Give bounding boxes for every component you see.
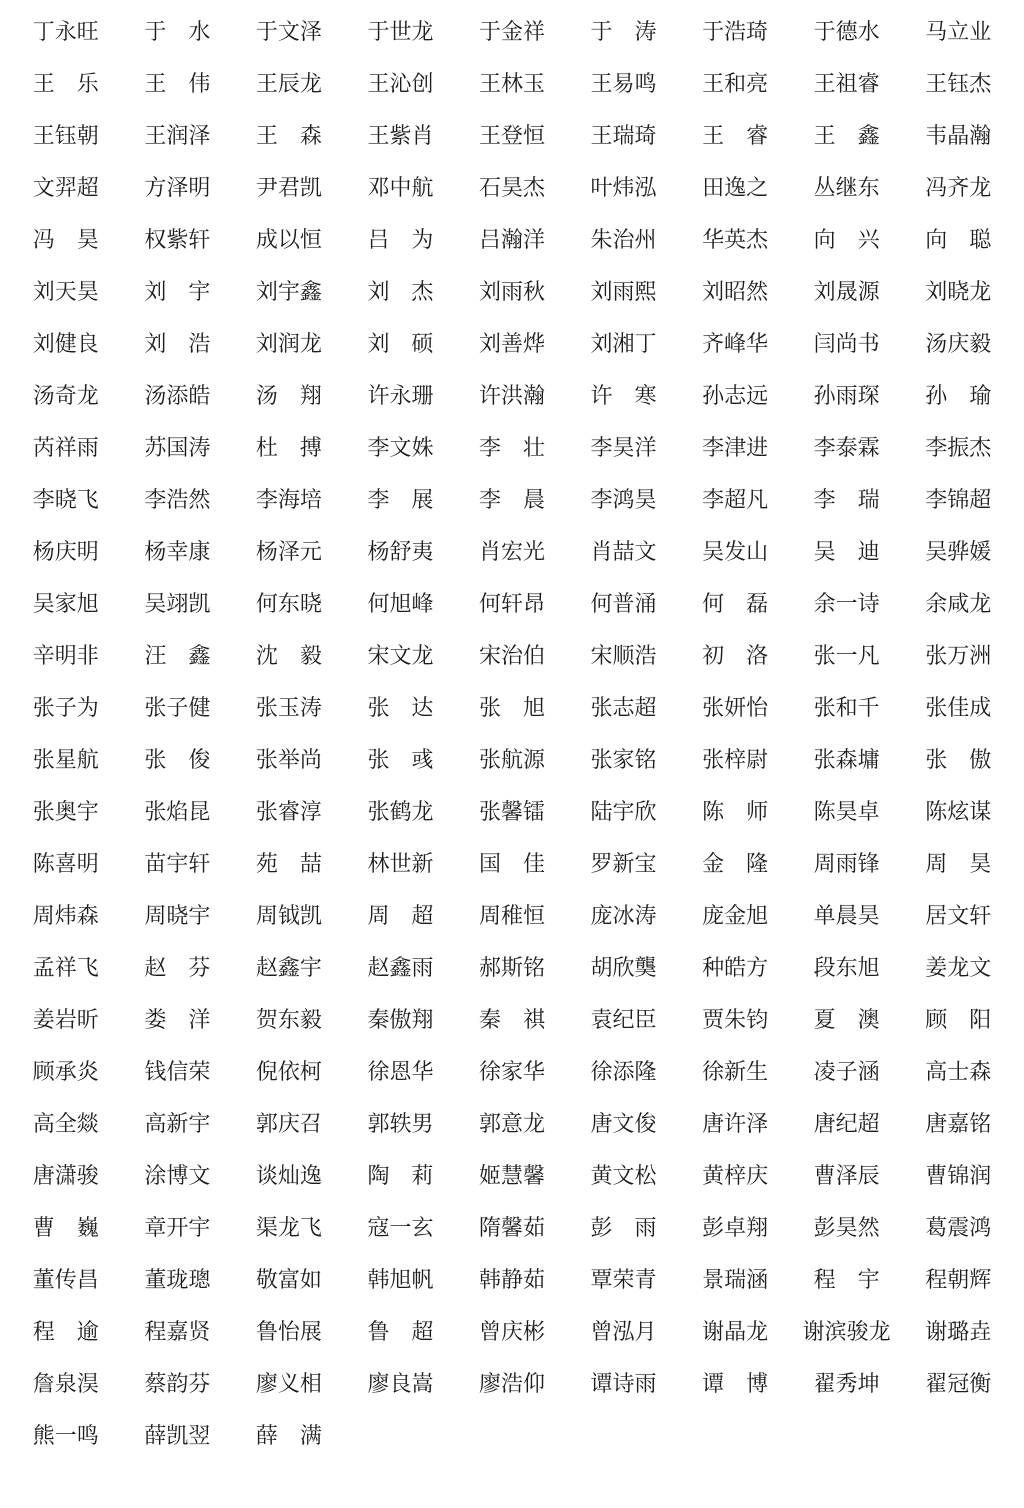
person-name: 秦傲翔 (367, 1009, 433, 1031)
name-cell: 王林玉 (456, 58, 568, 110)
name-cell: 谢滨骏龙 (791, 1306, 903, 1358)
name-cell: 杨庆明 (10, 526, 122, 578)
person-name: 薛凯翌 (144, 1425, 210, 1447)
name-cell: 胡欣龑 (568, 942, 680, 994)
person-name: 权紫轩 (144, 229, 210, 251)
person-name: 渠龙飞 (256, 1217, 322, 1239)
person-name: 赵鑫雨 (367, 957, 433, 979)
person-name: 刘善烨 (479, 333, 545, 355)
person-name: 蔡韵芬 (144, 1373, 210, 1395)
name-cell: 徐恩华 (345, 1046, 457, 1098)
name-cell: 林世新 (345, 838, 457, 890)
person-name: 徐恩华 (367, 1061, 433, 1083)
person-name: 程嘉贤 (144, 1321, 210, 1343)
name-cell: 熊一鸣 (10, 1410, 122, 1462)
name-cell: 于德水 (791, 6, 903, 58)
person-name: 丛继东 (814, 177, 880, 199)
person-name: 袁纪臣 (591, 1009, 657, 1031)
person-name: 胡欣龑 (591, 957, 657, 979)
person-name: 张玉涛 (256, 697, 322, 719)
person-name: 王紫肖 (367, 125, 433, 147)
person-name: 谢璐垚 (925, 1321, 991, 1343)
person-name: 王伟 (144, 73, 210, 95)
name-cell: 谢晶龙 (679, 1306, 791, 1358)
name-cell: 薛凯翌 (122, 1410, 234, 1462)
person-name: 赵芬 (144, 957, 210, 979)
person-name: 隋馨茹 (479, 1217, 545, 1239)
name-cell: 秦祺 (456, 994, 568, 1046)
person-name: 文羿超 (33, 177, 99, 199)
name-cell: 张志超 (568, 682, 680, 734)
name-cell: 庞冰涛 (568, 890, 680, 942)
person-name: 石昊杰 (479, 177, 545, 199)
name-cell: 张和千 (791, 682, 903, 734)
name-cell: 冯齐龙 (902, 162, 1014, 214)
person-name: 张彧 (367, 749, 433, 771)
name-cell: 周稚恒 (456, 890, 568, 942)
person-name: 谈灿逸 (256, 1165, 322, 1187)
name-cell: 王润泽 (122, 110, 234, 162)
person-name: 庞金旭 (702, 905, 768, 927)
person-name: 葛震鸿 (925, 1217, 991, 1239)
person-name: 韩静茹 (479, 1269, 545, 1291)
name-cell: 徐家华 (456, 1046, 568, 1098)
person-name: 凌子涵 (814, 1061, 880, 1083)
person-name: 张子为 (33, 697, 99, 719)
name-cell: 刘润龙 (233, 318, 345, 370)
name-cell: 刘天昊 (10, 266, 122, 318)
person-name: 王瑞琦 (591, 125, 657, 147)
person-name: 陈炫谋 (925, 801, 991, 823)
person-name: 张俊 (144, 749, 210, 771)
person-name: 段东旭 (814, 957, 880, 979)
person-name: 景瑞涵 (702, 1269, 768, 1291)
name-cell: 廖良嵩 (345, 1358, 457, 1410)
person-name: 程宇 (814, 1269, 880, 1291)
person-name: 冯昊 (33, 229, 99, 251)
person-name: 吴发山 (702, 541, 768, 563)
name-cell: 王瑞琦 (568, 110, 680, 162)
name-cell: 王辰龙 (233, 58, 345, 110)
name-cell: 吴发山 (679, 526, 791, 578)
name-cell: 翟秀坤 (791, 1358, 903, 1410)
person-name: 于涛 (591, 21, 657, 43)
person-name: 高新宇 (144, 1113, 210, 1135)
person-name: 叶炜泓 (591, 177, 657, 199)
person-name: 苗宇轩 (144, 853, 210, 875)
person-name: 向兴 (814, 229, 880, 251)
person-name: 刘润龙 (256, 333, 322, 355)
name-cell: 姜龙文 (902, 942, 1014, 994)
name-cell: 唐潇骏 (10, 1150, 122, 1202)
person-name: 庞冰涛 (591, 905, 657, 927)
name-cell: 于世龙 (345, 6, 457, 58)
name-cell: 陆宇欣 (568, 786, 680, 838)
name-cell: 王和亮 (679, 58, 791, 110)
person-name: 李海培 (256, 489, 322, 511)
name-cell: 肖喆文 (568, 526, 680, 578)
name-cell: 李展 (345, 474, 457, 526)
person-name: 姜岩昕 (33, 1009, 99, 1031)
name-cell: 苗宇轩 (122, 838, 234, 890)
name-cell: 初洛 (679, 630, 791, 682)
person-name: 孙瑜 (925, 385, 991, 407)
person-name: 赵鑫宇 (256, 957, 322, 979)
person-name: 杨幸康 (144, 541, 210, 563)
name-cell: 刘湘丁 (568, 318, 680, 370)
name-cell: 鲁超 (345, 1306, 457, 1358)
person-name: 李文姝 (367, 437, 433, 459)
person-name: 冯齐龙 (925, 177, 991, 199)
name-cell: 王乐 (10, 58, 122, 110)
person-name: 王钰朝 (33, 125, 99, 147)
name-cell: 何磊 (679, 578, 791, 630)
person-name: 周雨锋 (814, 853, 880, 875)
person-name: 刘晟源 (814, 281, 880, 303)
person-name: 李津进 (702, 437, 768, 459)
name-cell: 董珑璁 (122, 1254, 234, 1306)
name-cell: 肖宏光 (456, 526, 568, 578)
person-name: 张妍怡 (702, 697, 768, 719)
person-name: 董珑璁 (144, 1269, 210, 1291)
name-cell: 曾泓月 (568, 1306, 680, 1358)
name-cell: 张梓尉 (679, 734, 791, 786)
name-cell: 丛继东 (791, 162, 903, 214)
name-cell: 张子为 (10, 682, 122, 734)
person-name: 汤奇龙 (33, 385, 99, 407)
person-name: 芮祥雨 (33, 437, 99, 459)
name-cell: 何轩昂 (456, 578, 568, 630)
name-cell: 刘雨秋 (456, 266, 568, 318)
person-name: 廖浩仰 (479, 1373, 545, 1395)
person-name: 王沁创 (367, 73, 433, 95)
name-cell: 石昊杰 (456, 162, 568, 214)
person-name: 邓中航 (367, 177, 433, 199)
name-cell: 孟祥飞 (10, 942, 122, 994)
person-name: 王易鸣 (591, 73, 657, 95)
person-name: 刘宇鑫 (256, 281, 322, 303)
name-cell: 邓中航 (345, 162, 457, 214)
name-cell: 袁纪臣 (568, 994, 680, 1046)
person-name: 苑喆 (256, 853, 322, 875)
name-cell: 高全燚 (10, 1098, 122, 1150)
person-name: 方泽明 (144, 177, 210, 199)
person-name: 周炜森 (33, 905, 99, 927)
name-cell: 王紫肖 (345, 110, 457, 162)
name-cell: 谈灿逸 (233, 1150, 345, 1202)
person-name: 李鸿昊 (591, 489, 657, 511)
person-name: 张达 (367, 697, 433, 719)
person-name: 沈毅 (256, 645, 322, 667)
name-cell: 向兴 (791, 214, 903, 266)
name-cell: 彭卓翔 (679, 1202, 791, 1254)
name-cell: 王鑫 (791, 110, 903, 162)
name-cell: 吴翊凯 (122, 578, 234, 630)
name-cell: 刘浩 (122, 318, 234, 370)
name-cell: 李瑞 (791, 474, 903, 526)
name-cell: 宋治伯 (456, 630, 568, 682)
name-cell: 谢璐垚 (902, 1306, 1014, 1358)
person-name: 倪依柯 (256, 1061, 322, 1083)
name-cell: 朱治州 (568, 214, 680, 266)
person-name: 覃荣青 (591, 1269, 657, 1291)
name-cell: 于文泽 (233, 6, 345, 58)
person-name: 曹巍 (33, 1217, 99, 1239)
person-name: 李振杰 (925, 437, 991, 459)
name-cell: 成以恒 (233, 214, 345, 266)
name-cell: 杨泽元 (233, 526, 345, 578)
person-name: 宋顺浩 (591, 645, 657, 667)
person-name: 姜龙文 (925, 957, 991, 979)
name-cell: 隋馨茹 (456, 1202, 568, 1254)
name-cell: 杜搏 (233, 422, 345, 474)
person-name: 鲁怡展 (256, 1321, 322, 1343)
name-cell: 李晨 (456, 474, 568, 526)
name-cell: 谭博 (679, 1358, 791, 1410)
name-cell: 张森墉 (791, 734, 903, 786)
name-cell: 叶炜泓 (568, 162, 680, 214)
person-name: 闫尚书 (814, 333, 880, 355)
name-cell: 居文轩 (902, 890, 1014, 942)
name-cell: 许洪瀚 (456, 370, 568, 422)
name-cell: 单晨昊 (791, 890, 903, 942)
person-name: 张和千 (814, 697, 880, 719)
name-cell: 华英杰 (679, 214, 791, 266)
person-name: 高士森 (925, 1061, 991, 1083)
person-name: 孙志远 (702, 385, 768, 407)
name-cell: 涂博文 (122, 1150, 234, 1202)
name-cell: 王登恒 (456, 110, 568, 162)
person-name: 许永珊 (367, 385, 433, 407)
name-cell: 李晓飞 (10, 474, 122, 526)
person-name: 国佳 (479, 853, 545, 875)
name-cell: 周超 (345, 890, 457, 942)
name-cell: 赵鑫雨 (345, 942, 457, 994)
name-cell: 寇一玄 (345, 1202, 457, 1254)
name-cell: 金隆 (679, 838, 791, 890)
person-name: 韩旭帆 (367, 1269, 433, 1291)
name-cell: 顾承炎 (10, 1046, 122, 1098)
name-cell: 陈师 (679, 786, 791, 838)
name-cell: 张俊 (122, 734, 234, 786)
name-cell: 吴家旭 (10, 578, 122, 630)
person-name: 唐许泽 (702, 1113, 768, 1135)
name-cell: 周钺凯 (233, 890, 345, 942)
name-cell: 曹锦润 (902, 1150, 1014, 1202)
name-cell: 辛明非 (10, 630, 122, 682)
person-name: 居文轩 (925, 905, 991, 927)
name-cell: 王伟 (122, 58, 234, 110)
person-name: 谭诗雨 (591, 1373, 657, 1395)
name-cell: 钱信荣 (122, 1046, 234, 1098)
name-cell: 韩旭帆 (345, 1254, 457, 1306)
name-cell: 文羿超 (10, 162, 122, 214)
name-cell: 刘宇 (122, 266, 234, 318)
person-name: 徐新生 (702, 1061, 768, 1083)
name-cell: 张星航 (10, 734, 122, 786)
person-name: 刘杰 (367, 281, 433, 303)
person-name: 罗新宝 (591, 853, 657, 875)
name-cell: 贾朱钧 (679, 994, 791, 1046)
name-cell: 张旭 (456, 682, 568, 734)
person-name: 汪鑫 (144, 645, 210, 667)
name-cell: 渠龙飞 (233, 1202, 345, 1254)
person-name: 廖良嵩 (367, 1373, 433, 1395)
name-cell: 齐峰华 (679, 318, 791, 370)
person-name: 张焰昆 (144, 801, 210, 823)
person-name: 贾朱钧 (702, 1009, 768, 1031)
name-cell: 张万洲 (902, 630, 1014, 682)
person-name: 章开宇 (144, 1217, 210, 1239)
person-name: 王祖睿 (814, 73, 880, 95)
name-cell: 李振杰 (902, 422, 1014, 474)
name-cell: 程嘉贤 (122, 1306, 234, 1358)
person-name: 何旭峰 (367, 593, 433, 615)
name-cell: 张玉涛 (233, 682, 345, 734)
person-name: 廖义相 (256, 1373, 322, 1395)
name-cell: 苏国涛 (122, 422, 234, 474)
name-cell: 程逾 (10, 1306, 122, 1358)
name-cell: 夏澳 (791, 994, 903, 1046)
person-name: 张旭 (479, 697, 545, 719)
name-cell: 于水 (122, 6, 234, 58)
name-cell: 葛震鸿 (902, 1202, 1014, 1254)
person-name: 夏澳 (814, 1009, 880, 1031)
person-name: 敬富如 (256, 1269, 322, 1291)
name-cell: 刘晓龙 (902, 266, 1014, 318)
name-grid: 丁永旺于水于文泽于世龙于金祥于涛于浩琦于德水马立业王乐王伟王辰龙王沁创王林玉王易… (0, 0, 1024, 1462)
name-cell: 曾庆彬 (456, 1306, 568, 1358)
name-cell: 覃荣青 (568, 1254, 680, 1306)
name-cell: 唐许泽 (679, 1098, 791, 1150)
person-name: 高全燚 (33, 1113, 99, 1135)
name-cell: 吴迪 (791, 526, 903, 578)
name-cell: 宋顺浩 (568, 630, 680, 682)
person-name: 张子健 (144, 697, 210, 719)
person-name: 翟冠衡 (925, 1373, 991, 1395)
name-cell: 于金祥 (456, 6, 568, 58)
name-cell: 周晓宇 (122, 890, 234, 942)
name-cell: 吴骅媛 (902, 526, 1014, 578)
person-name: 汤添皓 (144, 385, 210, 407)
person-name: 周钺凯 (256, 905, 322, 927)
name-cell: 李浩然 (122, 474, 234, 526)
person-name: 单晨昊 (814, 905, 880, 927)
name-cell: 丁永旺 (10, 6, 122, 58)
person-name: 张奥宇 (33, 801, 99, 823)
name-cell: 李锦超 (902, 474, 1014, 526)
name-cell: 芮祥雨 (10, 422, 122, 474)
person-name: 李浩然 (144, 489, 210, 511)
name-cell: 张家铭 (568, 734, 680, 786)
person-name: 刘晓龙 (925, 281, 991, 303)
person-name: 王钰杰 (925, 73, 991, 95)
person-name: 向聪 (925, 229, 991, 251)
person-name: 刘湘丁 (591, 333, 657, 355)
name-cell: 翟冠衡 (902, 1358, 1014, 1410)
person-name: 何东晓 (256, 593, 322, 615)
name-cell: 汤奇龙 (10, 370, 122, 422)
name-cell: 郭轶男 (345, 1098, 457, 1150)
name-cell: 唐纪超 (791, 1098, 903, 1150)
person-name: 何普涌 (591, 593, 657, 615)
person-name: 周稚恒 (479, 905, 545, 927)
name-cell: 顾阳 (902, 994, 1014, 1046)
person-name: 吴迪 (814, 541, 880, 563)
person-name: 李昊洋 (591, 437, 657, 459)
person-name: 唐文俊 (591, 1113, 657, 1135)
person-name: 孟祥飞 (33, 957, 99, 979)
name-cell: 李海培 (233, 474, 345, 526)
name-cell: 周昊 (902, 838, 1014, 890)
person-name: 董传昌 (33, 1269, 99, 1291)
name-cell: 王祖睿 (791, 58, 903, 110)
name-cell: 刘宇鑫 (233, 266, 345, 318)
name-cell: 徐添隆 (568, 1046, 680, 1098)
person-name: 吴骅媛 (925, 541, 991, 563)
person-name: 吴翊凯 (144, 593, 210, 615)
person-name: 何轩昂 (479, 593, 545, 615)
person-name: 鲁超 (367, 1321, 433, 1343)
person-name: 肖宏光 (479, 541, 545, 563)
person-name: 华英杰 (702, 229, 768, 251)
person-name: 杨舒夷 (367, 541, 433, 563)
person-name: 程逾 (33, 1321, 99, 1343)
person-name: 丁永旺 (33, 21, 99, 43)
person-name: 杜搏 (256, 437, 322, 459)
person-name: 姬慧馨 (479, 1165, 545, 1187)
name-cell: 张举尚 (233, 734, 345, 786)
name-cell: 马立业 (902, 6, 1014, 58)
name-cell: 倪依柯 (233, 1046, 345, 1098)
name-cell: 景瑞涵 (679, 1254, 791, 1306)
name-cell: 李鸿昊 (568, 474, 680, 526)
person-name: 秦祺 (479, 1009, 545, 1031)
person-name: 涂博文 (144, 1165, 210, 1187)
person-name: 黄梓庆 (702, 1165, 768, 1187)
name-cell: 何旭峰 (345, 578, 457, 630)
person-name: 周晓宇 (144, 905, 210, 927)
name-cell: 国佳 (456, 838, 568, 890)
name-cell: 张焰昆 (122, 786, 234, 838)
name-cell: 章开宇 (122, 1202, 234, 1254)
name-cell: 张佳成 (902, 682, 1014, 734)
name-cell: 孙雨琛 (791, 370, 903, 422)
person-name: 周昊 (925, 853, 991, 875)
name-cell: 段东旭 (791, 942, 903, 994)
name-cell: 赵芬 (122, 942, 234, 994)
person-name: 于浩琦 (702, 21, 768, 43)
person-name: 于世龙 (367, 21, 433, 43)
name-cell: 李泰霖 (791, 422, 903, 474)
person-name: 谭博 (702, 1373, 768, 1395)
person-name: 林世新 (367, 853, 433, 875)
name-cell: 吕为 (345, 214, 457, 266)
person-name: 刘雨秋 (479, 281, 545, 303)
person-name: 许洪瀚 (479, 385, 545, 407)
name-cell: 何普涌 (568, 578, 680, 630)
name-cell: 詹泉淏 (10, 1358, 122, 1410)
name-cell: 董传昌 (10, 1254, 122, 1306)
person-name: 寇一玄 (367, 1217, 433, 1239)
name-cell: 张子健 (122, 682, 234, 734)
person-name: 刘硕 (367, 333, 433, 355)
name-cell: 李壮 (456, 422, 568, 474)
name-cell: 韩静茹 (456, 1254, 568, 1306)
person-name: 张傲 (925, 749, 991, 771)
person-name: 吕为 (367, 229, 433, 251)
name-cell: 姜岩昕 (10, 994, 122, 1046)
